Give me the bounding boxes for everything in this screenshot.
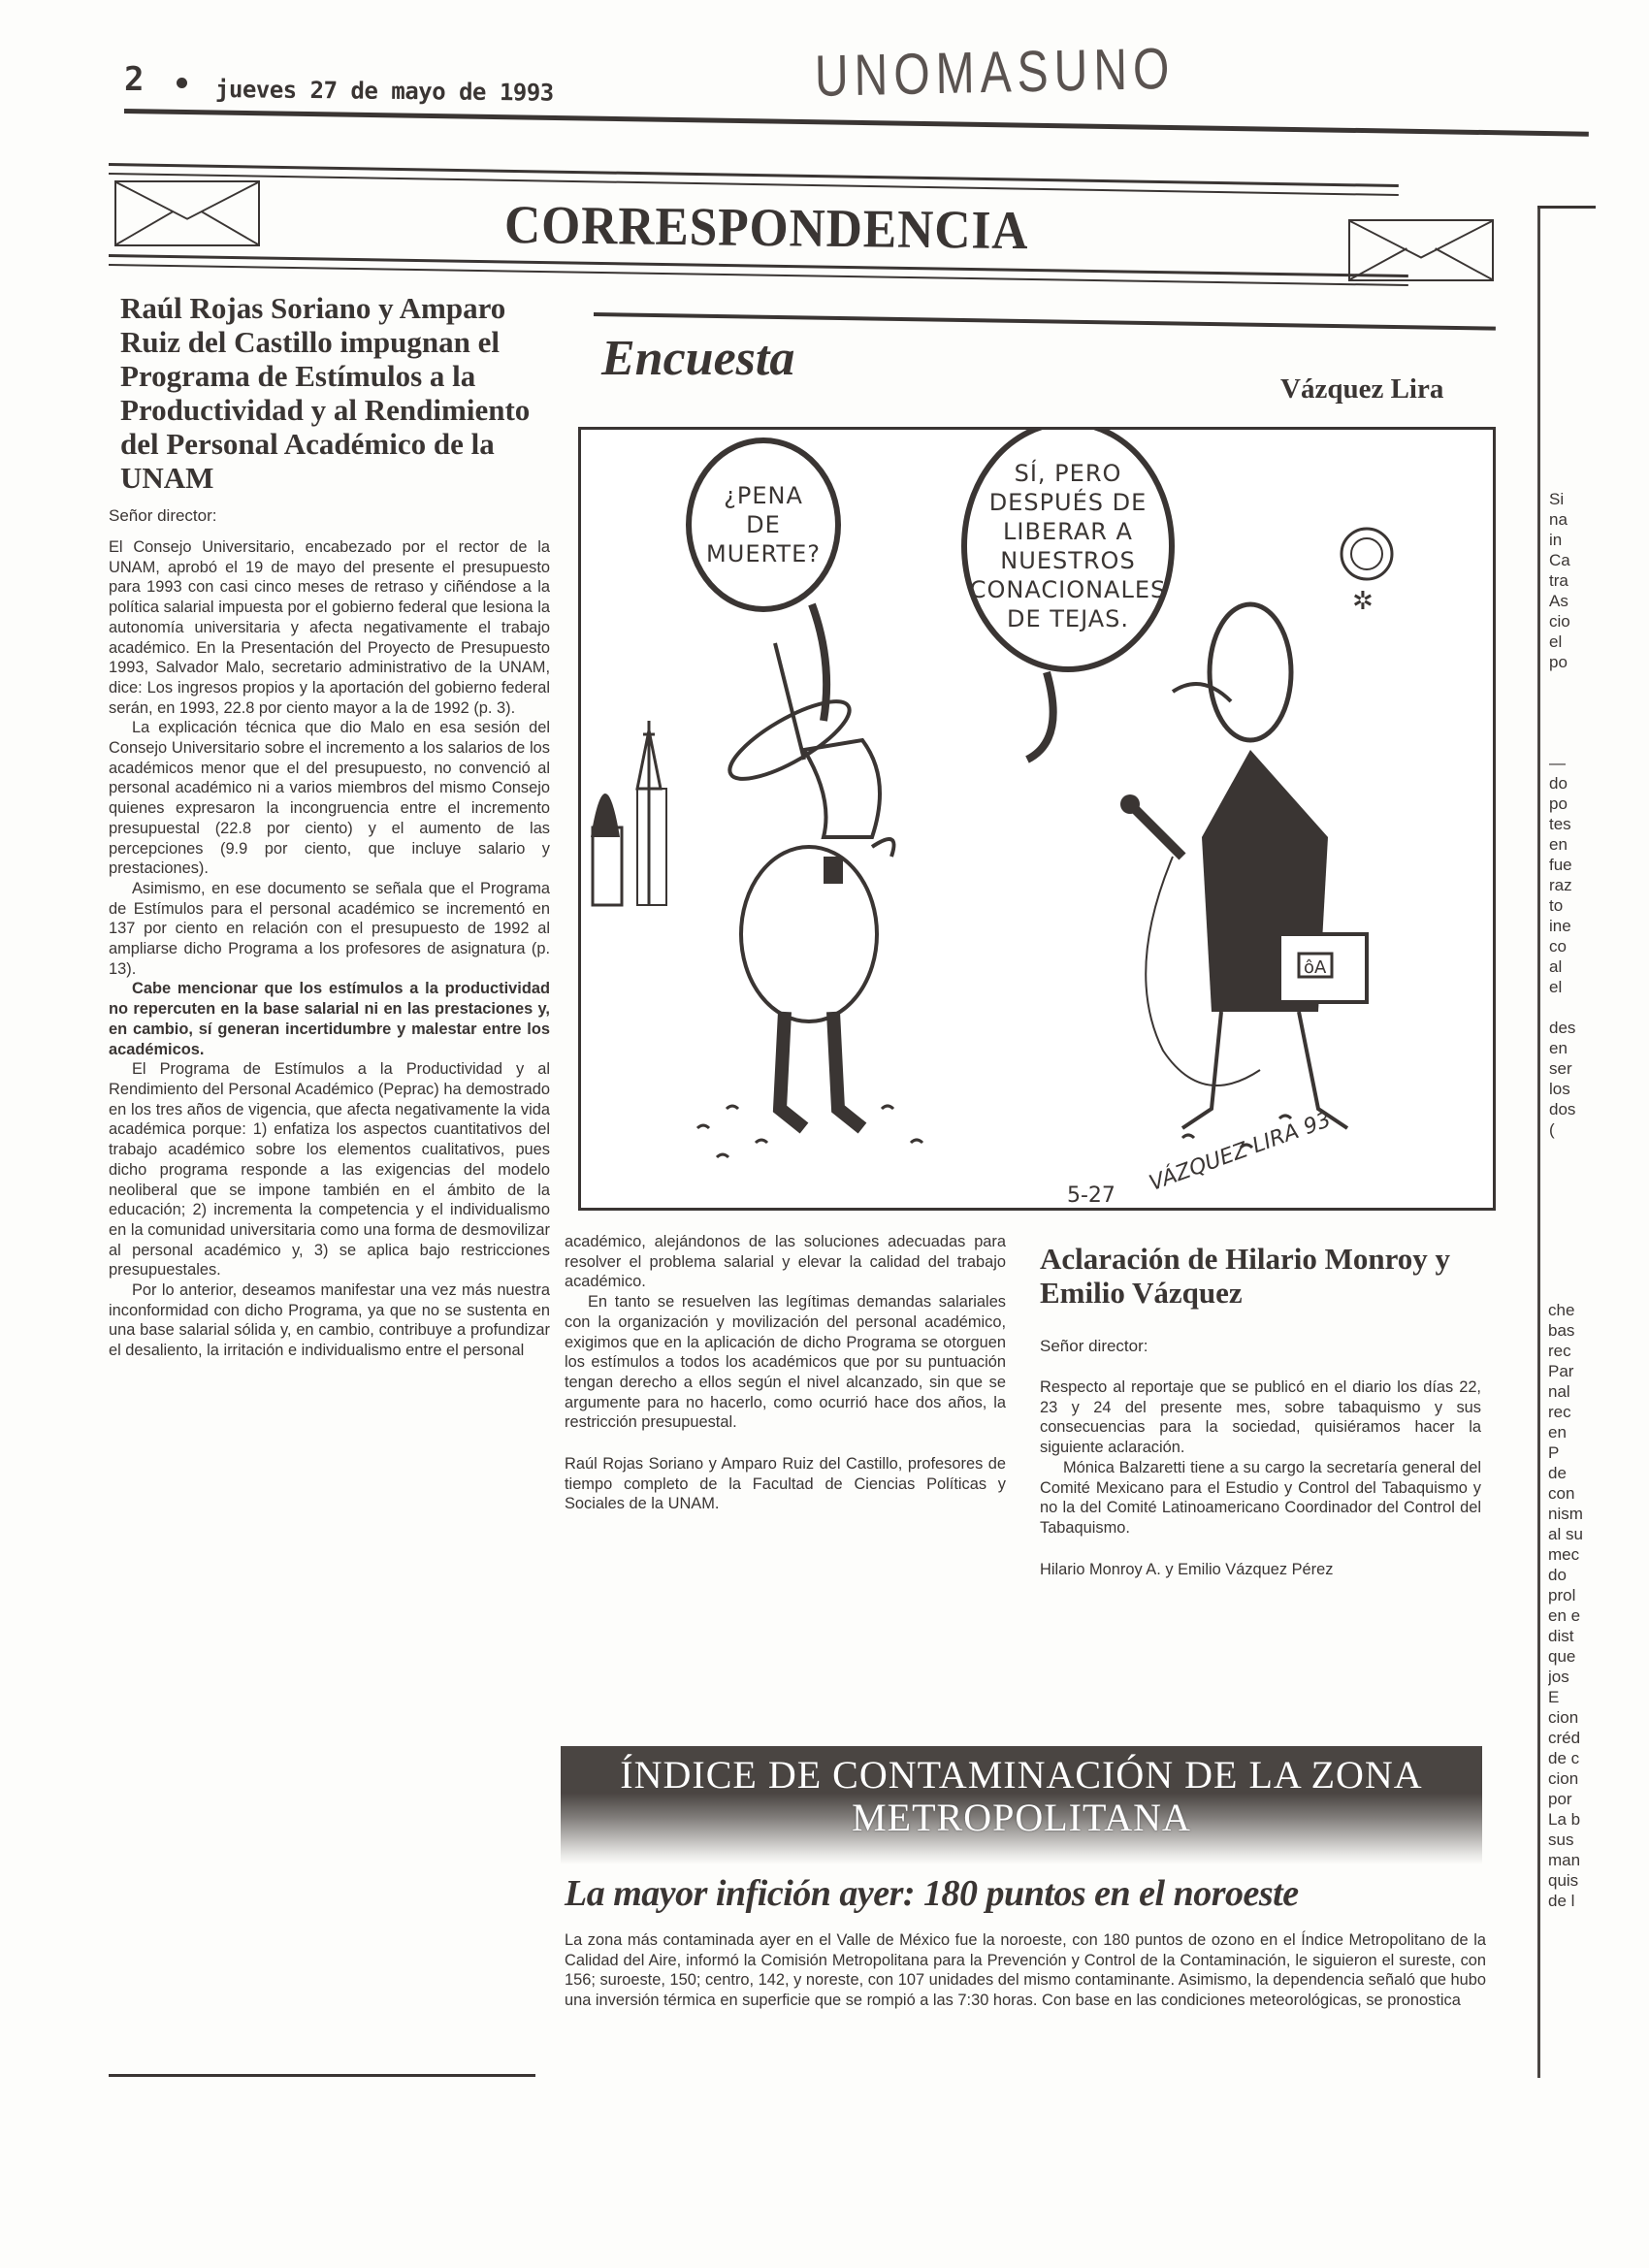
pollution-banner: ÍNDICE DE CONTAMINACIÓN DE LA ZONA METRO… [561,1746,1482,1864]
cartoon-image: ¿PENA DE MUERTE? SÍ, PERO DESPUÉS DE LIB… [578,427,1496,1211]
letter-2-column: Aclaración de Hilario Monroy y Emilio Vá… [1040,1242,1481,1579]
letter-1-paragraph: El Programa de Estímulos a la Productivi… [109,1059,550,1280]
text-fragment: tes [1549,814,1607,834]
text-fragment: do [1548,1565,1606,1585]
text-fragment: rec [1548,1402,1606,1422]
text-fragment: do [1549,773,1607,794]
letter-1-signature: Raúl Rojas Soriano y Amparo Ruiz del Cas… [565,1454,1006,1514]
text-fragment: prol [1548,1585,1606,1605]
text-fragment: La b [1548,1809,1606,1830]
envelope-icon-left [114,180,260,246]
text-fragment: en [1549,1038,1607,1058]
pollution-headline: La mayor infición ayer: 180 puntos en el… [565,1872,1299,1915]
letter-1-paragraph: En tanto se resuelven las legítimas dema… [565,1292,1006,1433]
text-fragment: man [1548,1850,1606,1870]
text-fragment: ine [1549,916,1607,936]
text-fragment: — [1549,753,1607,773]
text-fragment: ser [1549,1058,1607,1079]
text-fragment: Ca [1549,550,1607,570]
text-fragment: por [1548,1789,1606,1809]
letter-1-paragraph: La explicación técnica que dio Malo en e… [109,718,550,879]
text-fragment: de [1548,1463,1606,1483]
letter-1-paragraph: Asimismo, en ese documento se señala que… [109,879,550,980]
text-fragment: co [1549,936,1607,956]
pollution-body: La zona más contaminada ayer en el Valle… [565,1930,1486,2011]
text-fragment: to [1549,895,1607,916]
text-fragment: des [1549,1018,1607,1038]
text-fragment: mec [1548,1544,1606,1565]
text-fragment: ( [1549,1119,1607,1140]
left-column-bottom-rule [109,2074,535,2077]
text-fragment: al su [1548,1524,1606,1544]
svg-text:ôA: ôA [1304,957,1327,978]
letter-2-headline: Aclaración de Hilario Monroy y Emilio Vá… [1040,1242,1481,1310]
text-fragment: che [1548,1300,1606,1320]
text-fragment: Par [1548,1361,1606,1381]
right-column-divider [1537,206,1540,2078]
right-column-top-rule [1537,206,1596,209]
letter-1-headline: Raúl Rojas Soriano y Amparo Ruiz del Cas… [120,291,550,495]
pollution-banner-line1: ÍNDICE DE CONTAMINACIÓN DE LA ZONA [561,1754,1482,1797]
text-fragment: con [1548,1483,1606,1504]
page-number: 2 [124,60,144,99]
text-fragment: Si [1549,489,1607,509]
text-fragment: en e [1548,1605,1606,1626]
svg-text:✲: ✲ [1352,587,1374,616]
letter-2-paragraph: Mónica Balzaretti tiene a su cargo la se… [1040,1458,1481,1539]
text-fragment: en [1548,1422,1606,1442]
text-fragment: quis [1548,1870,1606,1891]
letter-1-paragraph: Por lo anterior, deseamos manifestar una… [109,1280,550,1361]
text-fragment: los [1549,1079,1607,1099]
text-fragment: dist [1548,1626,1606,1646]
handwritten-note: UNOMASUNO [815,36,1176,111]
text-fragment: bas [1548,1320,1606,1341]
cartoon-top-rule [594,312,1496,331]
section-title: CORRESPONDENCIA [504,194,1029,262]
text-fragment: As [1549,591,1607,611]
text-fragment: nal [1548,1381,1606,1402]
letter-1-paragraph: El Consejo Universitario, encabezado por… [109,537,550,718]
letter-1-salutation: Señor director: [109,506,550,526]
letter-2-paragraph: Respecto al reportaje que se publicó en … [1040,1377,1481,1458]
text-fragment: tra [1549,570,1607,591]
text-fragment: cion [1548,1768,1606,1789]
text-fragment: el [1549,632,1607,652]
text-fragment: de c [1548,1748,1606,1768]
letter-1-column: Raúl Rojas Soriano y Amparo Ruiz del Cas… [109,291,550,1361]
bullet-dot [177,78,187,88]
text-fragment: P [1548,1442,1606,1463]
letter-2-salutation: Señor director: [1040,1337,1481,1356]
text-fragment: cio [1549,611,1607,632]
text-fragment: que [1548,1646,1606,1667]
text-fragment: cion [1548,1707,1606,1728]
header-rule [124,109,1589,137]
text-fragment: jos [1548,1667,1606,1687]
dateline: jueves 27 de mayo de 1993 [215,76,554,107]
cropped-column-low: che bas rec Par nal rec en P de con nism… [1548,1300,1606,1911]
text-fragment: in [1549,530,1607,550]
letter-1-continuation: académico, alejándonos de las soluciones… [565,1232,1006,1514]
letter-2-signature: Hilario Monroy A. y Emilio Vázquez Pérez [1040,1560,1481,1580]
text-fragment: fue [1549,855,1607,875]
text-fragment: de l [1548,1891,1606,1911]
letter-1-paragraph: académico, alejándonos de las soluciones… [565,1232,1006,1292]
text-fragment: po [1549,652,1607,672]
text-fragment: sus [1548,1830,1606,1850]
text-fragment [1549,997,1607,1018]
text-fragment: nism [1548,1504,1606,1524]
cropped-column-mid: — do po tes en fue raz to ine co al el d… [1549,753,1607,1140]
text-fragment: créd [1548,1728,1606,1748]
pollution-banner-line2: METROPOLITANA [561,1797,1482,1839]
cartoon-date: 5-27 [1067,1183,1115,1208]
text-fragment: el [1549,977,1607,997]
text-fragment: en [1549,834,1607,855]
cartoon-illustration: ✲ ôA [581,430,1496,1211]
text-fragment: E [1548,1687,1606,1707]
text-fragment: rec [1548,1341,1606,1361]
cartoon-title: Encuesta [601,330,794,387]
letter-1-paragraph: Cabe mencionar que los estímulos a la pr… [109,979,550,1059]
cartoon-author: Vázquez Lira [1280,373,1443,405]
text-fragment: raz [1549,875,1607,895]
cropped-column-top: Si na in Ca tra As cio el po [1549,489,1607,672]
text-fragment: dos [1549,1099,1607,1119]
text-fragment: po [1549,794,1607,814]
text-fragment: al [1549,956,1607,977]
envelope-icon-right [1348,219,1494,281]
text-fragment: na [1549,509,1607,530]
